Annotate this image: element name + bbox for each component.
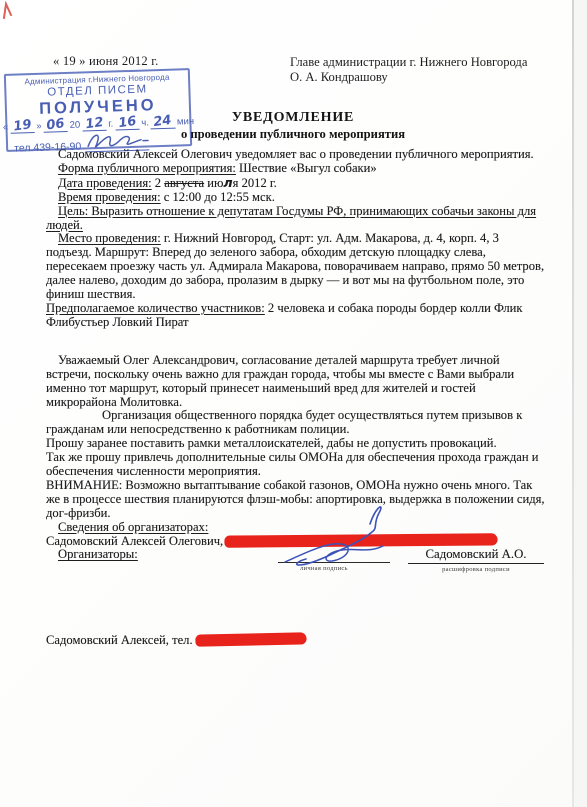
stamp-quote-close: » xyxy=(36,121,42,132)
place-label: Место проведения: xyxy=(58,231,161,245)
date-value-post: я 2012 г. xyxy=(233,176,277,190)
recipient-line2: О. А. Кондрашову xyxy=(290,70,540,85)
signature-name-block: Садомовский А.О. расшифровка подписи xyxy=(408,547,544,573)
scanned-letter-page: « 19 » июня 2012 г. Главе администрации … xyxy=(0,0,587,807)
goal-value: Выразить отношение к депутатам Госдумы Р… xyxy=(46,204,536,232)
organizers-info-text: Сведения об организаторах: xyxy=(58,520,208,534)
date-label: Дата проведения: xyxy=(58,176,152,190)
stamp-year-suffix: г. xyxy=(108,119,113,130)
intro-text: Садомовский Алексей Олегович уведомляет … xyxy=(58,147,534,161)
redaction-bar-phone xyxy=(196,633,306,646)
omon-paragraph: Так же прошу привлечь дополнительные сил… xyxy=(46,451,545,479)
date-field: Дата проведения: 2 августа июля 2012 г. xyxy=(46,176,545,191)
stamp-day-handwritten: 19 xyxy=(12,119,31,132)
recipient-block: Главе администрации г. Нижнего Новгорода… xyxy=(290,55,540,84)
time-value: с 12:00 до 12:55 мск. xyxy=(161,190,275,204)
date-struck-word: августа xyxy=(164,176,204,190)
form-value: Шествие «Выгул собаки» xyxy=(236,161,377,175)
stamp-month-handwritten: 06 xyxy=(46,118,65,131)
organizer-name: Садомовский Алексей Олегович, xyxy=(46,534,223,548)
order-paragraph: Организация общественного порядка будет … xyxy=(46,409,545,437)
time-field: Время проведения: с 12:00 до 12:55 мск. xyxy=(46,191,545,205)
goal-field: Цель: Выразить отношение к депутатам Гос… xyxy=(46,205,545,233)
intro-paragraph: Садомовский Алексей Олегович уведомляет … xyxy=(46,148,545,162)
time-label: Время проведения: xyxy=(58,190,161,204)
date-value-pre: 2 xyxy=(152,176,165,190)
stamp-year-handwritten: 12 xyxy=(84,117,103,130)
letter-date: « 19 » июня 2012 г. xyxy=(53,54,159,69)
document-subtitle: о проведении публичного мероприятия xyxy=(128,127,458,142)
stamp-quote-open: « xyxy=(3,122,9,133)
meeting-paragraph: Уважаемый Олег Александрович, согласован… xyxy=(46,354,545,410)
form-field: Форма публичного мероприятия: Шествие «В… xyxy=(46,162,545,176)
personal-signature-icon xyxy=(281,538,389,565)
goal-label: Цель: xyxy=(58,204,88,218)
footer-contact-text: Садомовский Алексей, тел. xyxy=(46,633,193,647)
organizers-label-text: Организаторы: xyxy=(58,547,138,561)
corner-pen-mark-icon xyxy=(1,1,15,19)
form-label: Форма публичного мероприятия: xyxy=(58,161,236,175)
date-handwritten-correction: л xyxy=(223,175,232,190)
recipient-line1: Главе администрации г. Нижнего Новгорода xyxy=(290,55,540,70)
participants-label: Предполагаемое количество участников: xyxy=(46,301,265,315)
signature-caption-right: расшифровка подписи xyxy=(408,566,544,573)
document-title: УВЕДОМЛЕНИЕ xyxy=(128,110,458,126)
participants-field: Предполагаемое количество участников: 2 … xyxy=(46,302,545,330)
signature-name: Садомовский А.О. xyxy=(408,547,544,564)
frames-paragraph: Прошу заранее поставить рамки металлоиск… xyxy=(46,437,545,451)
date-value-mid: ию xyxy=(204,176,223,190)
footer-contact-line: Садомовский Алексей, тел. xyxy=(46,633,306,648)
scan-edge-shade xyxy=(574,0,587,807)
place-field: Место проведения: г. Нижний Новгород, Ст… xyxy=(46,232,545,302)
stamp-year-prefix: 20 xyxy=(69,120,80,131)
title-block: УВЕДОМЛЕНИЕ о проведении публичного меро… xyxy=(128,110,458,142)
